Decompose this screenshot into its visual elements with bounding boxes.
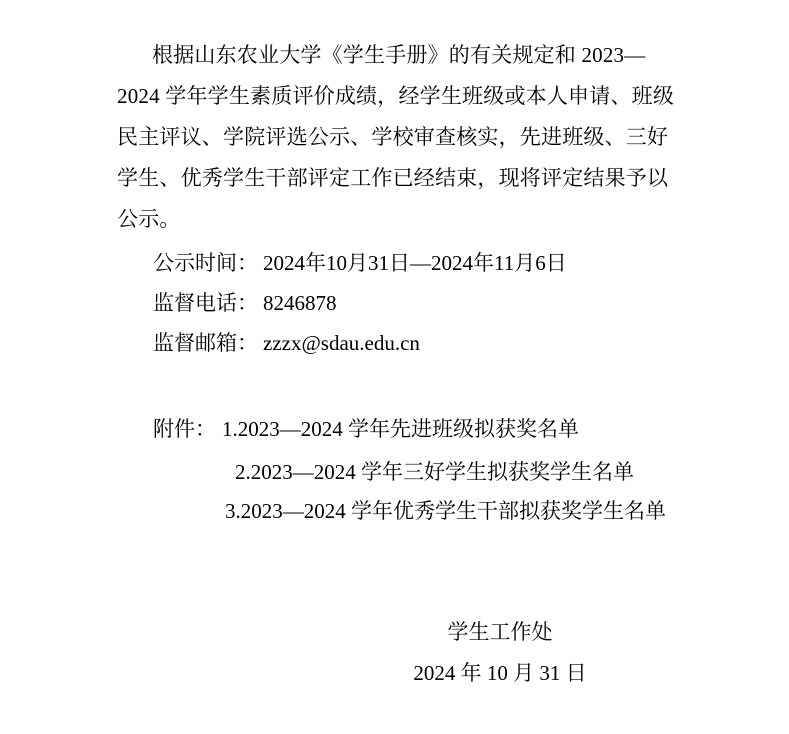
supervision-phone-label: 监督电话： bbox=[153, 291, 258, 315]
paragraph-line: 民主评议、学院评选公示、学校审查核实，先进班级、三好 bbox=[117, 117, 683, 158]
paragraph-line: 根据山东农业大学《学生手册》的有关规定和 2023— bbox=[117, 35, 683, 76]
attachments-section: 附件：1.2023—2024 学年先进班级拟获奖名单 2.2023—2024 学… bbox=[117, 409, 683, 528]
notice-paragraph: 根据山东农业大学《学生手册》的有关规定和 2023— 2024 学年学生素质评价… bbox=[117, 35, 683, 240]
supervision-phone-value: 8246878 bbox=[258, 291, 337, 315]
publicity-period-line: 公示时间：2024年10月31日—2024年11月6日 bbox=[117, 243, 683, 283]
supervision-email-value: zzzx@sdau.edu.cn bbox=[258, 331, 420, 355]
attachment-item: 1.2023—2024 学年先进班级拟获奖名单 bbox=[216, 417, 579, 441]
attachment-line: 附件：1.2023—2024 学年先进班级拟获奖名单 bbox=[117, 409, 683, 450]
signature-date: 2024 年 10 月 31 日 bbox=[211, 653, 789, 694]
supervision-email-label: 监督邮箱： bbox=[153, 331, 258, 355]
notice-body: 根据山东农业大学《学生手册》的有关规定和 2023— 2024 学年学生素质评价… bbox=[117, 35, 683, 528]
signature-department: 学生工作处 bbox=[211, 612, 789, 653]
supervision-phone-line: 监督电话：8246878 bbox=[117, 283, 683, 323]
signature-block: 学生工作处 2024 年 10 月 31 日 bbox=[211, 612, 789, 694]
supervision-email-line: 监督邮箱：zzzx@sdau.edu.cn bbox=[117, 323, 683, 363]
contact-info-section: 公示时间：2024年10月31日—2024年11月6日 监督电话：8246878… bbox=[117, 243, 683, 363]
publicity-period-label: 公示时间： bbox=[153, 251, 258, 275]
paragraph-line: 公示。 bbox=[117, 199, 683, 240]
attachment-item: 2.2023—2024 学年三好学生拟获奖学生名单 bbox=[117, 450, 683, 495]
attachment-item: 3.2023—2024 学年优秀学生干部拟获奖学生名单 bbox=[117, 495, 683, 528]
paragraph-line: 学生、优秀学生干部评定工作已经结束，现将评定结果予以 bbox=[117, 158, 683, 199]
document-page: 根据山东农业大学《学生手册》的有关规定和 2023— 2024 学年学生素质评价… bbox=[0, 0, 789, 734]
attachments-label: 附件： bbox=[153, 417, 216, 441]
publicity-period-value: 2024年10月31日—2024年11月6日 bbox=[258, 251, 567, 275]
paragraph-line: 2024 学年学生素质评价成绩，经学生班级或本人申请、班级 bbox=[117, 76, 683, 117]
